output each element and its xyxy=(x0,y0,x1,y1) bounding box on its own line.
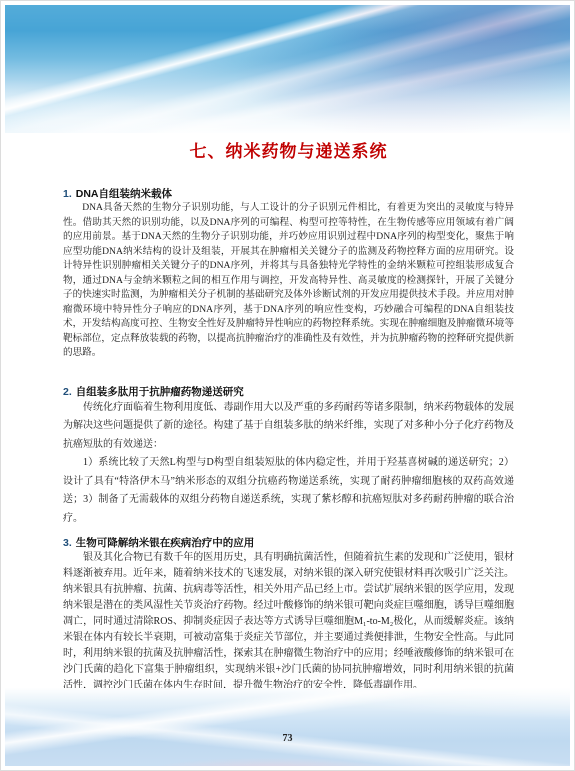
page-content: 七、纳米药物与递送系统 1.DNA自组装纳米载体 DNA具备天然的生物分子识别功… xyxy=(1,134,574,684)
section-1-paragraph: DNA具备天然的生物分子识别功能，与人工设计的分子识别元件相比，有着更为突出的灵… xyxy=(63,201,514,361)
document-page: 七、纳米药物与递送系统 1.DNA自组装纳米载体 DNA具备天然的生物分子识别功… xyxy=(0,0,575,771)
section-2-paragraph: 传统化疗面临着生物利用度低、毒副作用大以及严重的多药耐药等诸多限制，纳米药物载体… xyxy=(63,399,514,455)
page-title: 七、纳米药物与递送系统 xyxy=(63,141,514,163)
section-2-title: 自组装多肽用于抗肿瘤药物递送研究 xyxy=(76,386,244,398)
section-2-heading: 2.自组装多肽用于抗肿瘤药物递送研究 xyxy=(63,386,514,399)
section-3-title: 生物可降解纳米银在疾病治疗中的应用 xyxy=(76,537,255,549)
section-1-heading: 1.DNA自组装纳米载体 xyxy=(63,188,514,201)
section-2-list-paragraph: 1）系统比较了天然L构型与D构型自组装短肽的体内稳定性，并用于羟基喜树碱的递送研… xyxy=(63,454,514,528)
section-1-number: 1. xyxy=(63,188,72,200)
page-number: 73 xyxy=(5,733,570,744)
section-3-heading: 3.生物可降解纳米银在疾病治疗中的应用 xyxy=(63,537,514,550)
section-3-number: 3. xyxy=(63,537,72,549)
header-banner-graphic xyxy=(5,5,570,133)
section-3-paragraph: 银及其化合物已有数千年的医用历史，具有明确抗菌活性，但随着抗生素的发现和广泛使用… xyxy=(63,550,514,694)
section-2-number: 2. xyxy=(63,386,72,398)
section-1-title: DNA自组装纳米载体 xyxy=(76,188,172,200)
footer-banner-graphic: 73 xyxy=(5,688,570,766)
